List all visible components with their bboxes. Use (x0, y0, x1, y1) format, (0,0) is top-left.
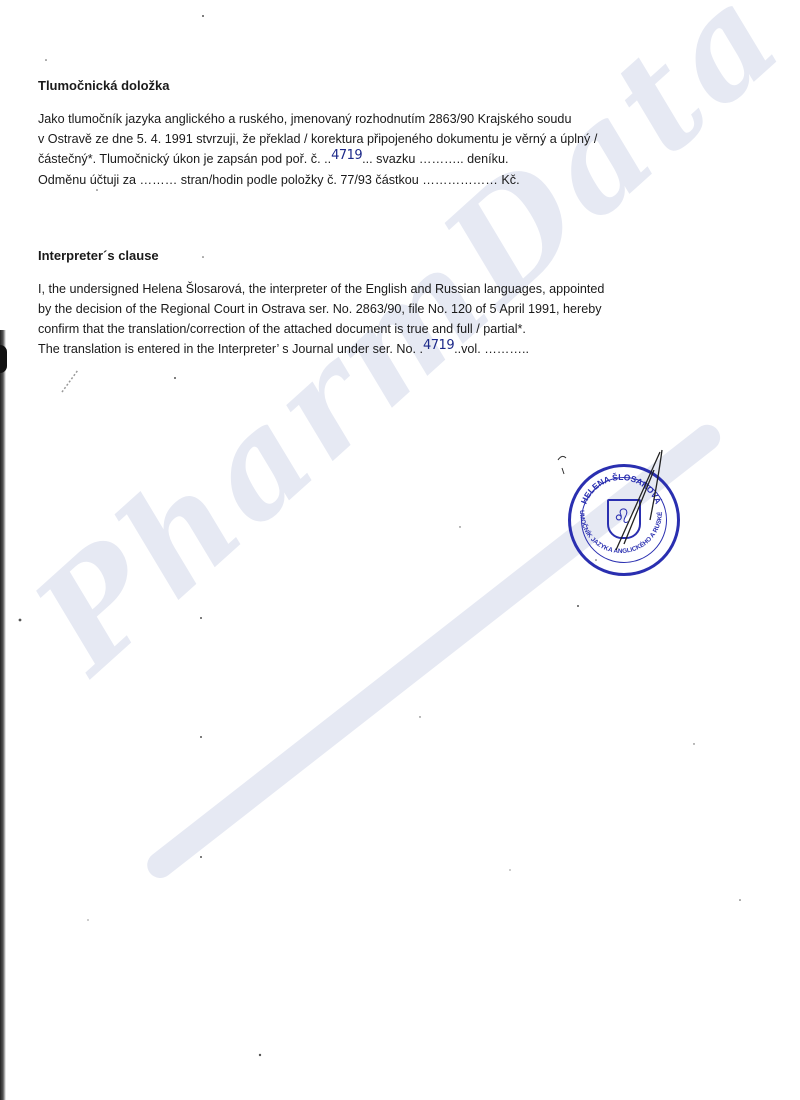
english-clause-text: I, the undersigned Helena Šlosarová, the… (38, 279, 738, 360)
english-line-2: by the decision of the Regional Court in… (38, 299, 738, 319)
czech-line-3-text: částečný*. Tlumočnický úkon je zapsán po… (38, 152, 324, 166)
czech-clause-heading: Tlumočnická doložka (38, 78, 738, 93)
english-line-1: I, the undersigned Helena Šlosarová, the… (38, 279, 738, 299)
scanned-document-page: PharmData s. r. o. Tlumočnická doložka J… (0, 0, 800, 1100)
czech-interpreter-clause: Tlumočnická doložka Jako tlumočník jazyk… (38, 78, 738, 248)
czech-line-3-suffix: ... svazku ……….. deníku. (362, 152, 508, 166)
czech-clause-text: Jako tlumočník jazyka anglického a ruské… (38, 109, 738, 190)
english-interpreter-clause: Interpreter´s clause I, the undersigned … (38, 248, 738, 360)
english-line-4-text: The translation is entered in the Interp… (38, 342, 420, 356)
document-body: Tlumočnická doložka Jako tlumočník jazyk… (38, 78, 738, 360)
english-line-4-suffix: ..vol. ……….. (454, 342, 529, 356)
handwritten-journal-number: 4719 (423, 338, 454, 353)
czech-line-1: Jako tlumočník jazyka anglického a ruské… (38, 109, 738, 129)
english-clause-heading: Interpreter´s clause (38, 248, 738, 263)
handwritten-signature (550, 440, 680, 580)
english-line-3: confirm that the translation/correction … (38, 319, 738, 339)
english-line-4: The translation is entered in the Interp… (38, 339, 738, 360)
handwritten-record-number: 4719 (331, 148, 362, 163)
czech-line-2: v Ostravě ze dne 5. 4. 1991 stvrzuji, že… (38, 129, 738, 149)
czech-line-3: částečný*. Tlumočnický úkon je zapsán po… (38, 149, 738, 170)
czech-line-4: Odměnu účtuji za ……… stran/hodin podle p… (38, 170, 738, 190)
